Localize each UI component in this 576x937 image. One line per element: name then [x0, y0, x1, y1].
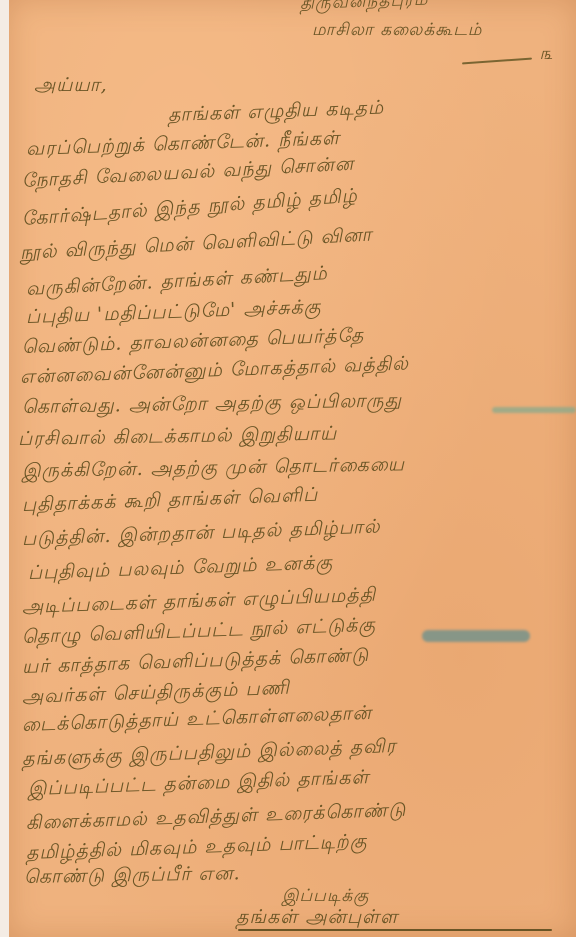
pencil-underline-mark	[492, 407, 576, 413]
signature-underline	[238, 929, 552, 931]
salutation: அய்யா,	[34, 74, 108, 99]
header-mark: ௩	[540, 44, 554, 66]
valediction: இப்படிக்கு	[282, 886, 369, 908]
signature: தங்கள் அன்புள்ள	[236, 906, 398, 931]
header-date-line: மாசிலா கலைக்கூடம்	[312, 20, 482, 42]
pencil-underline-mark	[422, 630, 530, 642]
body-line: கொண்டு இருப்பீர் என.	[24, 862, 241, 891]
